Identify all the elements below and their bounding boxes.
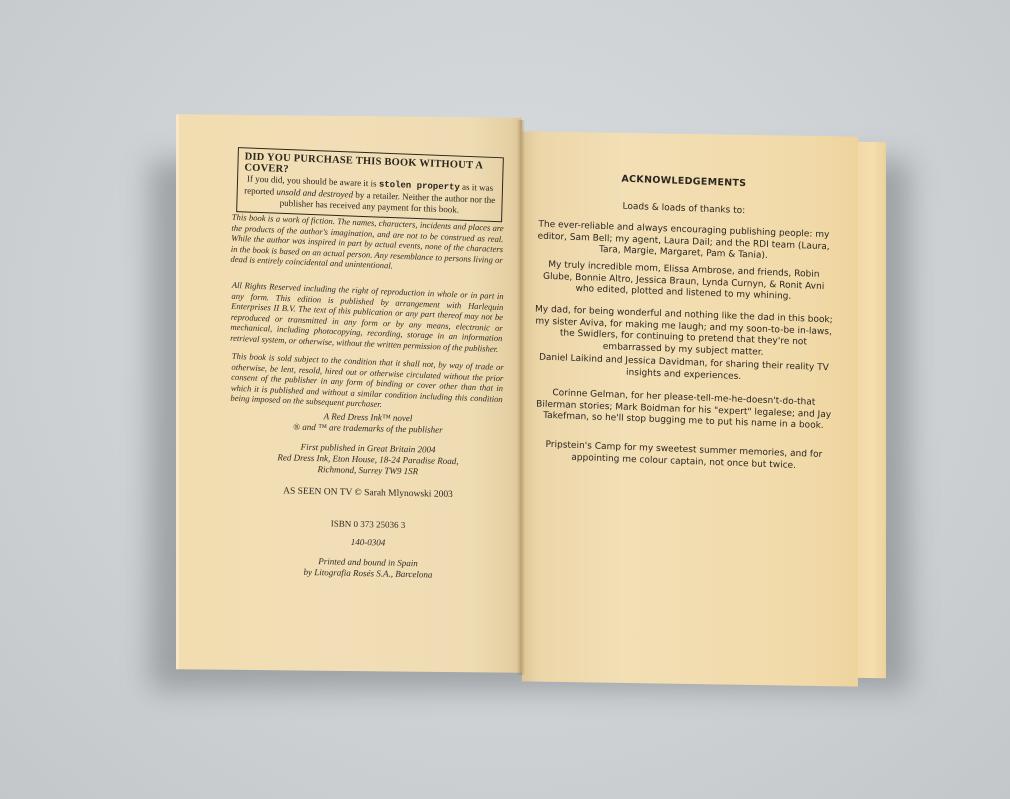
- acknowledgement-paragraph: My truly incredible mom, Elissa Ambrose,…: [533, 259, 834, 304]
- publication-info: First published in Great Britain 2004 Re…: [232, 440, 504, 479]
- acknowledgements-title: ACKNOWLEDGEMENTS: [534, 170, 834, 192]
- print-code: 140-0304: [232, 534, 504, 551]
- acknowledgement-paragraph: Corinne Gelman, for her please-tell-me-h…: [533, 387, 834, 432]
- warning-text: reported: [244, 185, 277, 196]
- imprint-notice: A Red Dress Ink™ novel ® and ™ are trade…: [232, 409, 504, 437]
- acknowledgement-paragraph: The ever-reliable and always encouraging…: [533, 219, 834, 264]
- isbn: ISBN 0 373 25036 3: [232, 516, 504, 533]
- acknowledgement-paragraph: Pripstein's Camp for my sweetest summer …: [534, 439, 834, 473]
- book-gutter: [517, 120, 525, 675]
- fiction-notice: This book is a work of fiction. The name…: [230, 212, 504, 276]
- acknowledgements-page: ACKNOWLEDGEMENTS Loads & loads of thanks…: [522, 131, 858, 686]
- sale-notice: This book is sold subject to the conditi…: [230, 351, 504, 415]
- coverless-warning-box: DID YOU PURCHASE THIS BOOK WITHOUT A COV…: [236, 147, 504, 222]
- rights-notice: All Rights Reserved including the right …: [230, 280, 504, 354]
- warning-text: as it was: [460, 182, 494, 193]
- printer-info: Printed and bound in Spain by Litografia…: [232, 554, 504, 582]
- acknowledgement-paragraph: My dad, for being wonderful and nothing …: [533, 304, 834, 361]
- copyright-line: AS SEEN ON TV © Sarah Mlynowski 2003: [232, 485, 504, 502]
- acknowledgements-intro: Loads & loads of thanks to:: [534, 198, 834, 220]
- copyright-page: DID YOU PURCHASE THIS BOOK WITHOUT A COV…: [176, 114, 522, 673]
